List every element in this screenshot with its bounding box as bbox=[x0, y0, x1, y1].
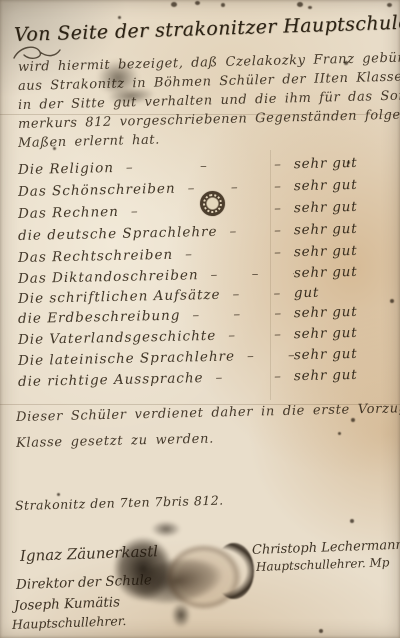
signature-right-title: Hauptschullehrer. Mp bbox=[256, 555, 390, 574]
signature-left-name: Ignaz Zäunerkastl bbox=[20, 542, 159, 565]
dash-fill: – – bbox=[235, 347, 294, 364]
subject-row: Die Vaterlandsgeschichte – – sehr gut bbox=[18, 324, 390, 348]
subject-row: Die Religion – – – sehr gut bbox=[18, 154, 390, 178]
grade-value: gut bbox=[294, 283, 390, 301]
ink-speck bbox=[347, 161, 350, 164]
subject-label: die deutsche Sprachlehre bbox=[18, 224, 218, 244]
subject-label: Die Vaterlandsgeschichte bbox=[18, 328, 217, 348]
ink-speck bbox=[344, 61, 348, 65]
ink-speck bbox=[221, 3, 225, 7]
ink-speck bbox=[118, 16, 121, 19]
date-line: Strakonitz den 7ten 7bris 812. bbox=[15, 493, 224, 513]
dash-fill: – – bbox=[173, 244, 294, 263]
subject-label: die Erdbeschreibung bbox=[18, 308, 181, 327]
subject-label: Das Diktandoschreiben bbox=[18, 267, 199, 287]
dash-fill: – – – bbox=[175, 178, 294, 196]
ink-speck bbox=[171, 2, 177, 7]
dash-fill: – – – bbox=[198, 265, 294, 283]
document-heading: Von Seite der strakonitzer Hauptschule bbox=[14, 12, 400, 46]
subject-row: Die lateinische Sprachlehre – – sehr gut bbox=[18, 345, 390, 369]
subject-row: die richtige Aussprache – – sehr gut bbox=[18, 366, 390, 390]
ink-speck bbox=[53, 147, 56, 150]
grade-value: sehr gut bbox=[294, 154, 390, 172]
subject-row: die Erdbeschreibung – – – sehr gut bbox=[18, 303, 390, 327]
dash-fill: – – – – bbox=[220, 285, 294, 303]
ink-blot bbox=[146, 518, 186, 540]
ink-speck bbox=[308, 6, 312, 9]
grade-value: sehr gut bbox=[294, 220, 390, 238]
grade-value: sehr gut bbox=[294, 263, 390, 281]
signature-left-title-2: Hauptschullehrer. bbox=[12, 613, 127, 632]
ink-speck bbox=[338, 432, 341, 435]
grade-value: sehr gut bbox=[294, 324, 390, 342]
dash-fill: – – bbox=[217, 222, 294, 240]
stamp-ring-text bbox=[201, 192, 224, 215]
dash-fill: – – bbox=[203, 368, 294, 386]
subject-label: Das Rechnen bbox=[18, 204, 119, 222]
intro-line: Maßen erlernt hat. bbox=[18, 133, 160, 151]
ink-speck bbox=[351, 418, 355, 422]
subject-row: Das Rechtschreiben – – sehr gut bbox=[18, 242, 390, 266]
subject-label: Das Schönschreiben bbox=[18, 181, 176, 200]
ink-speck bbox=[390, 299, 394, 303]
ink-speck bbox=[350, 519, 354, 523]
grade-value: sehr gut bbox=[294, 198, 390, 216]
ink-speck bbox=[57, 493, 60, 496]
document-scan: Von Seite der strakonitzer Hauptschule w… bbox=[0, 0, 400, 638]
ink-stain-ring bbox=[156, 536, 251, 618]
subject-label: die richtige Aussprache bbox=[18, 370, 204, 390]
ink-blot bbox=[168, 598, 194, 632]
subject-label: Die lateinische Sprachlehre bbox=[18, 348, 235, 369]
subject-label: Das Rechtschreiben bbox=[18, 247, 174, 266]
ink-speck bbox=[195, 1, 200, 5]
ink-speck bbox=[319, 629, 323, 633]
signature-left-name-2: Joseph Kumätis bbox=[14, 594, 121, 614]
grade-value: sehr gut bbox=[294, 303, 390, 321]
dash-fill: – – – bbox=[114, 156, 294, 176]
subject-label: Die schriftlichen Aufsätze bbox=[18, 287, 221, 307]
subject-row: die deutsche Sprachlehre – – sehr gut bbox=[18, 220, 390, 244]
closing-line: Klasse gesetzt zu werden. bbox=[16, 432, 214, 451]
grade-value: sehr gut bbox=[294, 345, 390, 363]
ink-speck bbox=[297, 2, 303, 7]
ink-speck bbox=[387, 3, 392, 7]
signature-left-title: Direktor der Schule bbox=[16, 572, 152, 593]
grade-value: sehr gut bbox=[294, 366, 390, 384]
grade-value: sehr gut bbox=[294, 242, 390, 260]
ink-blot bbox=[214, 543, 254, 599]
subject-label: Die Religion bbox=[18, 160, 114, 178]
dash-fill: – – bbox=[216, 326, 294, 344]
dash-fill: – – – bbox=[180, 305, 294, 323]
grade-value: sehr gut bbox=[294, 176, 390, 194]
